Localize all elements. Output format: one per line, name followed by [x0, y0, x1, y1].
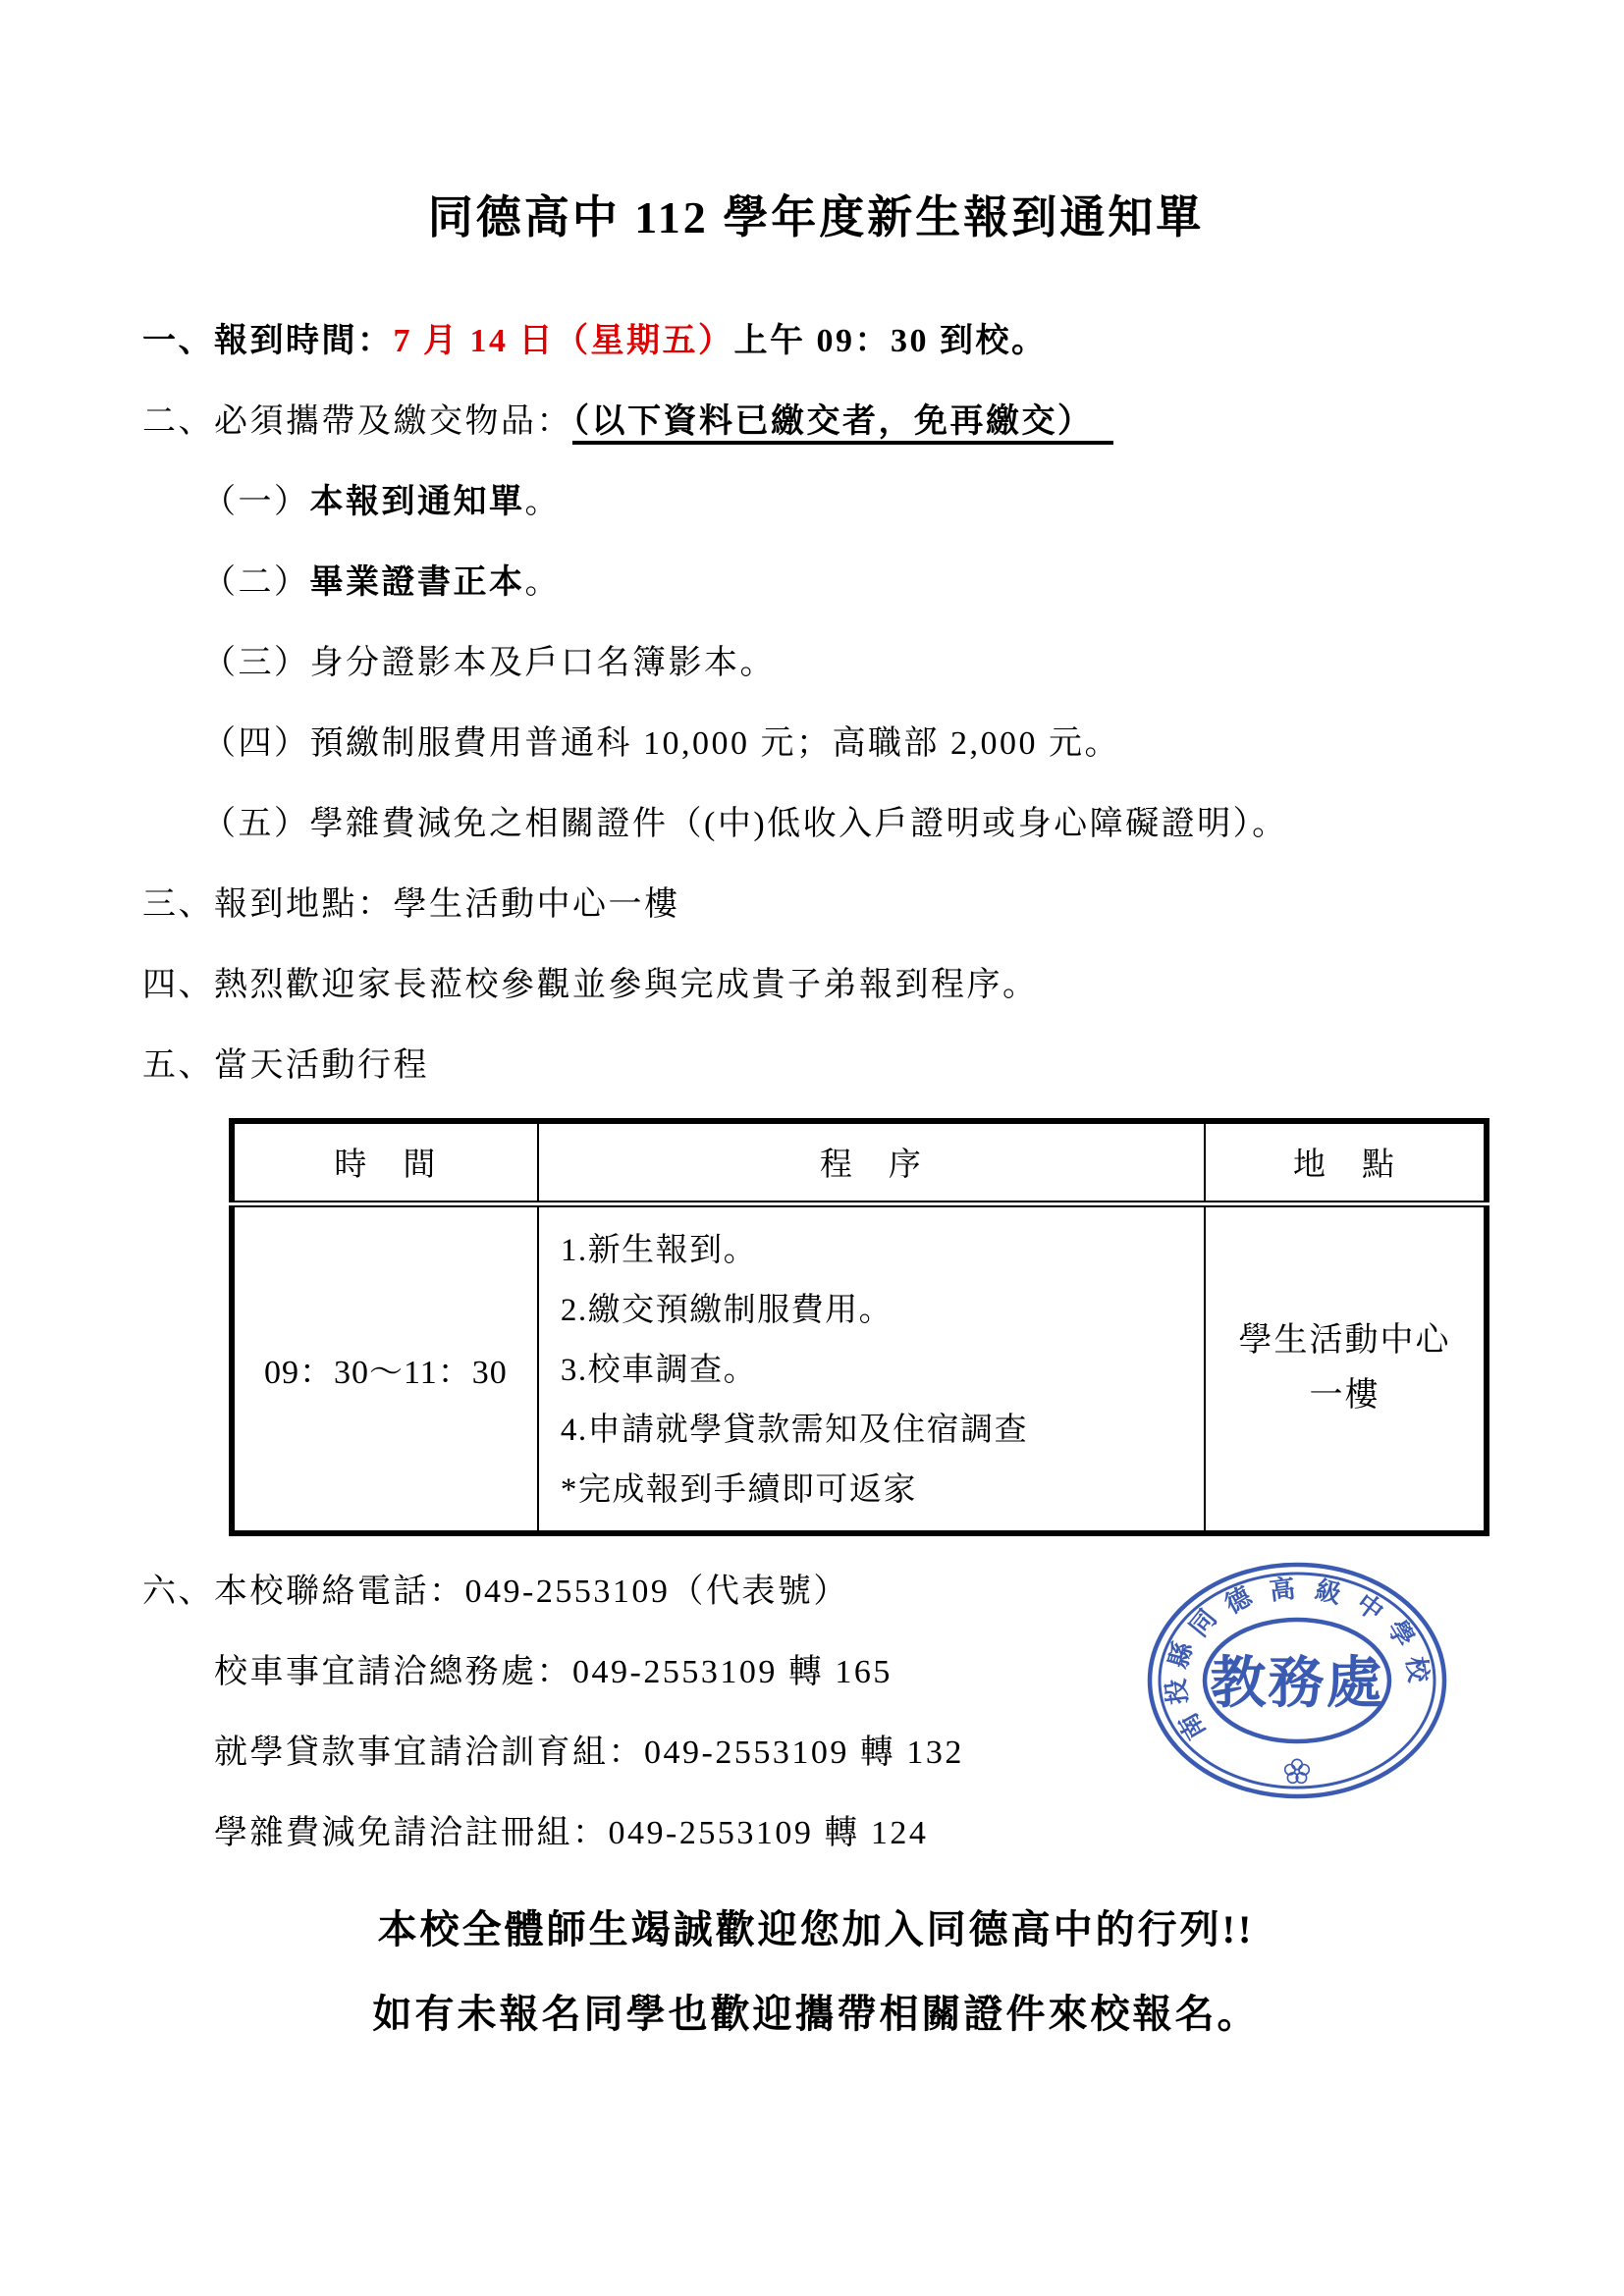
sub1-text: 本報到通知單: [310, 484, 525, 520]
sub1-suffix: 。: [525, 484, 562, 520]
academic-affairs-office-stamp: 南 投 縣 同 德 高 級 中 學 校 教務處: [1142, 1557, 1452, 1804]
item1-date-highlight: 7 月 14 日（星期五）: [394, 323, 734, 359]
sub-item-5: （五）學雜費減免之相關證件（(中)低收入戶證明或身心障礙證明）。: [142, 784, 1489, 865]
item-parents-welcome: 四、熱烈歡迎家長蒞校參觀並參與完成貴子弟報到程序。: [142, 945, 1489, 1026]
sub2-text: 畢業證書正本: [310, 564, 525, 601]
notice-document-page: 同德高中 112 學年度新生報到通知單 一、報到時間：7 月 14 日（星期五）…: [0, 0, 1624, 2296]
stamp-center-text: 教務處: [1211, 1653, 1384, 1715]
item-report-location: 三、報到地點：學生活動中心一樓: [142, 865, 1489, 945]
stamp-ring-char-9: 學: [1381, 1615, 1419, 1651]
notice-items: 一、報到時間：7 月 14 日（星期五）上午 09：30 到校。 二、必須攜帶及…: [142, 301, 1489, 1106]
sub-item-3: （三）身分證影本及戶口名簿影本。: [142, 623, 1489, 704]
schedule-table: 時 間 程 序 地 點 09：30～11：30 1.新生報到。 2.繳交預繳制服…: [229, 1118, 1489, 1536]
item2-underlined-note: （以下資料已繳交者，免再繳交）: [572, 403, 1113, 445]
stamp-ring-char-8: 中: [1351, 1588, 1388, 1627]
page-title: 同德高中 112 學年度新生報到通知單: [142, 189, 1489, 246]
location-line-2: 一樓: [1207, 1368, 1483, 1423]
procedure-step-1: 1.新生報到。: [561, 1221, 1196, 1281]
sub2-suffix: 。: [525, 564, 562, 601]
procedure-note: *完成報到手續即可返家: [561, 1461, 1196, 1521]
closing-line-2: 如有未報名同學也歡迎攜帶相關證件來校報名。: [142, 1972, 1489, 2056]
sub-item-1: （一）本報到通知單。: [142, 462, 1489, 543]
procedure-step-3: 3.校車調查。: [561, 1341, 1196, 1401]
stamp-ring-char-6: 高: [1268, 1574, 1296, 1606]
cell-procedures: 1.新生報到。 2.繳交預繳制服費用。 3.校車調查。 4.申請就學貸款需知及住…: [538, 1203, 1205, 1533]
table-row: 09：30～11：30 1.新生報到。 2.繳交預繳制服費用。 3.校車調查。 …: [232, 1203, 1487, 1533]
schedule-header-row: 時 間 程 序 地 點: [232, 1121, 1487, 1204]
stamp-ring-char-10: 校: [1401, 1655, 1434, 1684]
location-line-1: 學生活動中心: [1207, 1313, 1483, 1368]
header-location: 地 點: [1205, 1121, 1487, 1204]
contact-fee-waiver: 學雜費減免請洽註冊組：049-2553109 轉 124: [142, 1793, 1489, 1874]
schedule-table-body: 09：30～11：30 1.新生報到。 2.繳交預繳制服費用。 3.校車調查。 …: [232, 1203, 1487, 1533]
item-required-items: 二、必須攜帶及繳交物品：（以下資料已繳交者，免再繳交）: [142, 382, 1489, 462]
header-time: 時 間: [232, 1121, 538, 1204]
item1-label: 一、報到時間：: [142, 323, 394, 359]
procedure-step-2: 2.繳交預繳制服費用。: [561, 1281, 1196, 1341]
closing-message: 本校全體師生竭誠歡迎您加入同德高中的行列!! 如有未報名同學也歡迎攜帶相關證件來…: [142, 1888, 1489, 2056]
stamp-ring-char-1: 南: [1173, 1708, 1211, 1744]
plum-blossom-icon: [1285, 1759, 1310, 1783]
header-procedure: 程 序: [538, 1121, 1205, 1204]
item2-label: 二、必須攜帶及繳交物品：: [142, 403, 572, 440]
procedure-step-4: 4.申請就學貸款需知及住宿調查: [561, 1401, 1196, 1461]
sub-item-4: （四）預繳制服費用普通科 10,000 元；高職部 2,000 元。: [142, 704, 1489, 784]
stamp-ring-char-7: 級: [1313, 1575, 1345, 1610]
stamp-ring-char-4: 同: [1184, 1604, 1222, 1641]
sub2-prefix: （二）: [202, 564, 310, 601]
stamp-seal-icon: 南 投 縣 同 德 高 級 中 學 校 教務處: [1142, 1557, 1452, 1804]
cell-time: 09：30～11：30: [232, 1203, 538, 1533]
stamp-ring-char-3: 縣: [1164, 1638, 1198, 1672]
item-report-time: 一、報到時間：7 月 14 日（星期五）上午 09：30 到校。: [142, 301, 1489, 382]
item1-rest: 上午 09：30 到校。: [734, 323, 1048, 359]
stamp-ring-char-2: 投: [1161, 1678, 1193, 1706]
item-day-schedule: 五、當天活動行程: [142, 1026, 1489, 1106]
schedule-table-head: 時 間 程 序 地 點: [232, 1121, 1487, 1204]
sub-item-2: （二）畢業證書正本。: [142, 543, 1489, 623]
closing-line-1: 本校全體師生竭誠歡迎您加入同德高中的行列!!: [142, 1888, 1489, 1972]
stamp-ring-char-5: 德: [1220, 1581, 1258, 1619]
cell-location: 學生活動中心 一樓: [1205, 1203, 1487, 1533]
sub1-prefix: （一）: [202, 484, 310, 520]
